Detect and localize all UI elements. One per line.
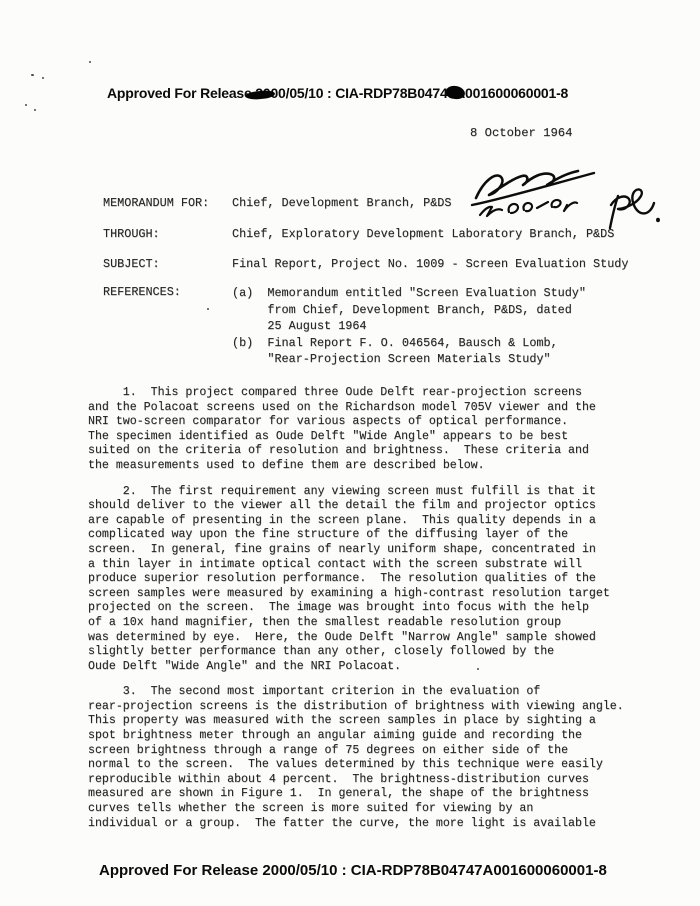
memo-label-memorandum-for: MEMORANDUM FOR: (103, 196, 209, 210)
classification-footer: Approved For Release 2000/05/10 : CIA-RD… (99, 862, 607, 879)
memo-value-through: Chief, Exploratory Development Laborator… (232, 227, 614, 241)
memo-label-subject: SUBJECT: (103, 257, 160, 271)
scan-speck (42, 77, 44, 79)
scan-speck (207, 308, 209, 310)
document-date: 8 October 1964 (470, 126, 572, 140)
memo-body: 1. This project compared three Oude Delf… (88, 386, 648, 842)
memo-label-references: REFERENCES: (103, 285, 181, 299)
memo-value-memorandum-for: Chief, Development Branch, P&DS (232, 196, 451, 210)
classification-header: Approved For Release 2000/05/10 : CIA-RD… (107, 85, 568, 101)
scan-speck (31, 74, 34, 76)
scan-speck (25, 104, 27, 106)
handwritten-initials (606, 186, 662, 232)
scan-speck (89, 61, 91, 63)
memo-value-references: (a) Memorandum entitled "Screen Evaluati… (232, 285, 586, 368)
scan-speck (34, 109, 36, 111)
paragraph-1: 1. This project compared three Oude Delf… (88, 386, 648, 474)
paragraph-2: 2. The first requirement any viewing scr… (88, 485, 648, 675)
document-page: Approved For Release 2000/05/10 : CIA-RD… (0, 0, 700, 906)
paragraph-3: 3. The second most important criterion i… (88, 685, 648, 831)
handwritten-signature (468, 168, 600, 220)
memo-value-subject: Final Report, Project No. 1009 - Screen … (232, 257, 628, 271)
memo-label-through: THROUGH: (103, 227, 160, 241)
